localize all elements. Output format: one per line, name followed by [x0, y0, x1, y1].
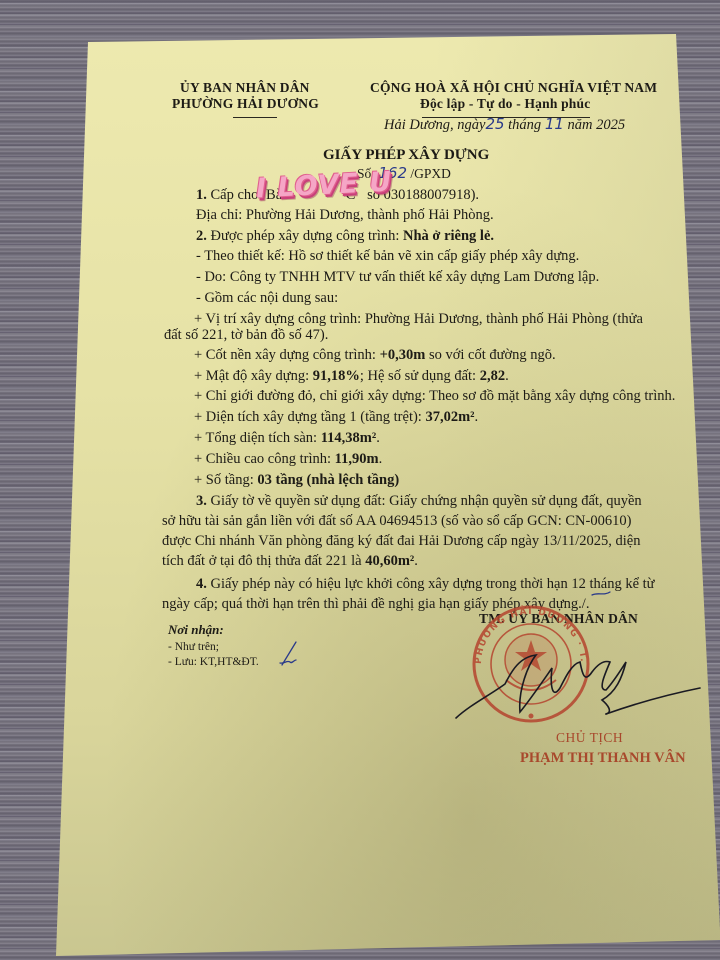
nation-line2: Độc lập - Tự do - Hạnh phúc: [420, 97, 590, 111]
section-3-text-a: Giấy tờ về quyền sử dụng đất: Giấy chứng…: [211, 493, 642, 509]
date-line: Hải Dương, ngày25 tháng 11 năm 2025: [384, 117, 625, 133]
building-type: Nhà ở riêng lẻ.: [403, 228, 494, 244]
date-year: năm 2025: [568, 117, 626, 133]
section-2-line: 2. Được phép xây dựng công trình: Nhà ở …: [196, 229, 494, 244]
designer-line: - Do: Công ty TNHH MTV tư vấn thiết kế x…: [196, 270, 599, 285]
floors-label: + Số tầng:: [194, 472, 254, 488]
density-value: 91,18%: [313, 368, 360, 384]
density-line: + Mật độ xây dựng: 91,18%; Hệ số sử dụng…: [194, 369, 509, 384]
location-line-b: đất số 221, tờ bản đồ số 47).: [164, 328, 328, 343]
height-value: 11,90m: [335, 451, 379, 467]
section-3-line-d: tích đất ở tại đô thị thửa đất 221 là 40…: [162, 554, 418, 569]
date-month-label: tháng: [508, 117, 541, 133]
floors-value: 03 tầng (nhà lệch tầng): [257, 472, 399, 488]
total-area-label: + Tổng diện tích sàn:: [194, 430, 317, 446]
issuer-line2: PHƯỜNG HẢI DƯƠNG: [172, 97, 319, 111]
section-1-number: 1.: [196, 187, 207, 203]
section-3-line-a: 3. Giấy tờ về quyền sử dụng đất: Giấy ch…: [196, 494, 642, 509]
ground-area-value: 37,02m²: [425, 409, 474, 425]
signer-role: CHỦ TỊCH: [556, 731, 623, 745]
section-3-number: 3.: [196, 493, 207, 509]
total-area-end: .: [376, 430, 380, 446]
issuer-line1: ỦY BAN NHÂN DÂN: [180, 81, 310, 95]
section-2-text: Được phép xây dựng công trình:: [211, 228, 400, 244]
land-use-label: ; Hệ số sử dụng đất:: [360, 368, 476, 384]
land-area-value: 40,60m²: [365, 553, 414, 569]
on-behalf-label: TM. ỦY BAN NHÂN DÂN: [479, 612, 638, 626]
floors-line: + Số tầng: 03 tầng (nhà lệch tầng): [194, 473, 399, 488]
date-month: 11: [545, 115, 564, 133]
density-label: + Mật độ xây dựng:: [194, 368, 309, 384]
section-3-line-b: sở hữu tài sản gắn liền với đất số AA 04…: [162, 514, 631, 529]
section-4-text-a: Giấy phép này có hiệu lực khởi công xây …: [211, 576, 655, 592]
foundation-value: +0,30m: [380, 347, 426, 363]
date-day: 25: [485, 115, 504, 133]
total-area-value: 114,38m²: [321, 430, 377, 446]
document-title: GIẤY PHÉP XÂY DỰNG: [323, 148, 489, 163]
recipients-heading: Nơi nhận:: [168, 623, 224, 636]
section-3-end: .: [414, 553, 418, 569]
location-line-a: + Vị trí xây dựng công trình: Phường Hải…: [194, 312, 643, 327]
section-2-number: 2.: [196, 228, 207, 244]
includes-line: - Gồm các nội dung sau:: [196, 291, 338, 306]
total-area-line: + Tổng diện tích sàn: 114,38m².: [194, 431, 380, 446]
permit-number-suffix: /GPXD: [410, 166, 451, 181]
date-prefix: Hải Dương, ngày: [384, 117, 485, 133]
boundary-line: + Chỉ giới đường đỏ, chỉ giới xây dựng: …: [194, 389, 675, 404]
section-3-line-c: được Chi nhánh Văn phòng đăng ký đất đai…: [162, 534, 640, 549]
issuer-underline: [233, 117, 277, 118]
section-4-line-b: ngày cấp; quá thời hạn trên thì phải đề …: [162, 597, 589, 612]
signer-name: PHẠM THỊ THANH VÂN: [520, 751, 686, 766]
section-1-text-a: Cấp cho: [211, 187, 259, 203]
recipient-item-2: - Lưu: KT,HT&ĐT.: [168, 657, 259, 669]
height-label: + Chiều cao công trình:: [194, 451, 331, 467]
land-use-value: 2,82: [480, 368, 505, 384]
nation-line1: CỘNG HOÀ XÃ HỘI CHỦ NGHĨA VIỆT NAM: [370, 81, 657, 95]
recipient-item-1: - Như trên;: [168, 642, 219, 654]
section-4-number: 4.: [196, 576, 207, 592]
height-end: .: [379, 451, 383, 467]
foundation-line: + Cốt nền xây dựng công trình: +0,30m so…: [194, 348, 556, 363]
foundation-label: + Cốt nền xây dựng công trình:: [194, 347, 376, 363]
ground-area-label: + Diện tích xây dựng tầng 1 (tầng trệt):: [194, 409, 422, 425]
ground-area-end: .: [475, 409, 479, 425]
foundation-note: so với cốt đường ngõ.: [429, 347, 556, 363]
density-end: .: [505, 368, 509, 384]
design-line: - Theo thiết kế: Hồ sơ thiết kế bản vẽ x…: [196, 249, 579, 264]
height-line: + Chiều cao công trình: 11,90m.: [194, 452, 382, 467]
section-3-text-d: tích đất ở tại đô thị thửa đất 221 là: [162, 553, 362, 569]
ground-area-line: + Diện tích xây dựng tầng 1 (tầng trệt):…: [194, 410, 478, 425]
section-4-line-a: 4. Giấy phép này có hiệu lực khởi công x…: [196, 577, 655, 592]
address-line: Địa chỉ: Phường Hải Dương, thành phố Hải…: [196, 208, 494, 223]
